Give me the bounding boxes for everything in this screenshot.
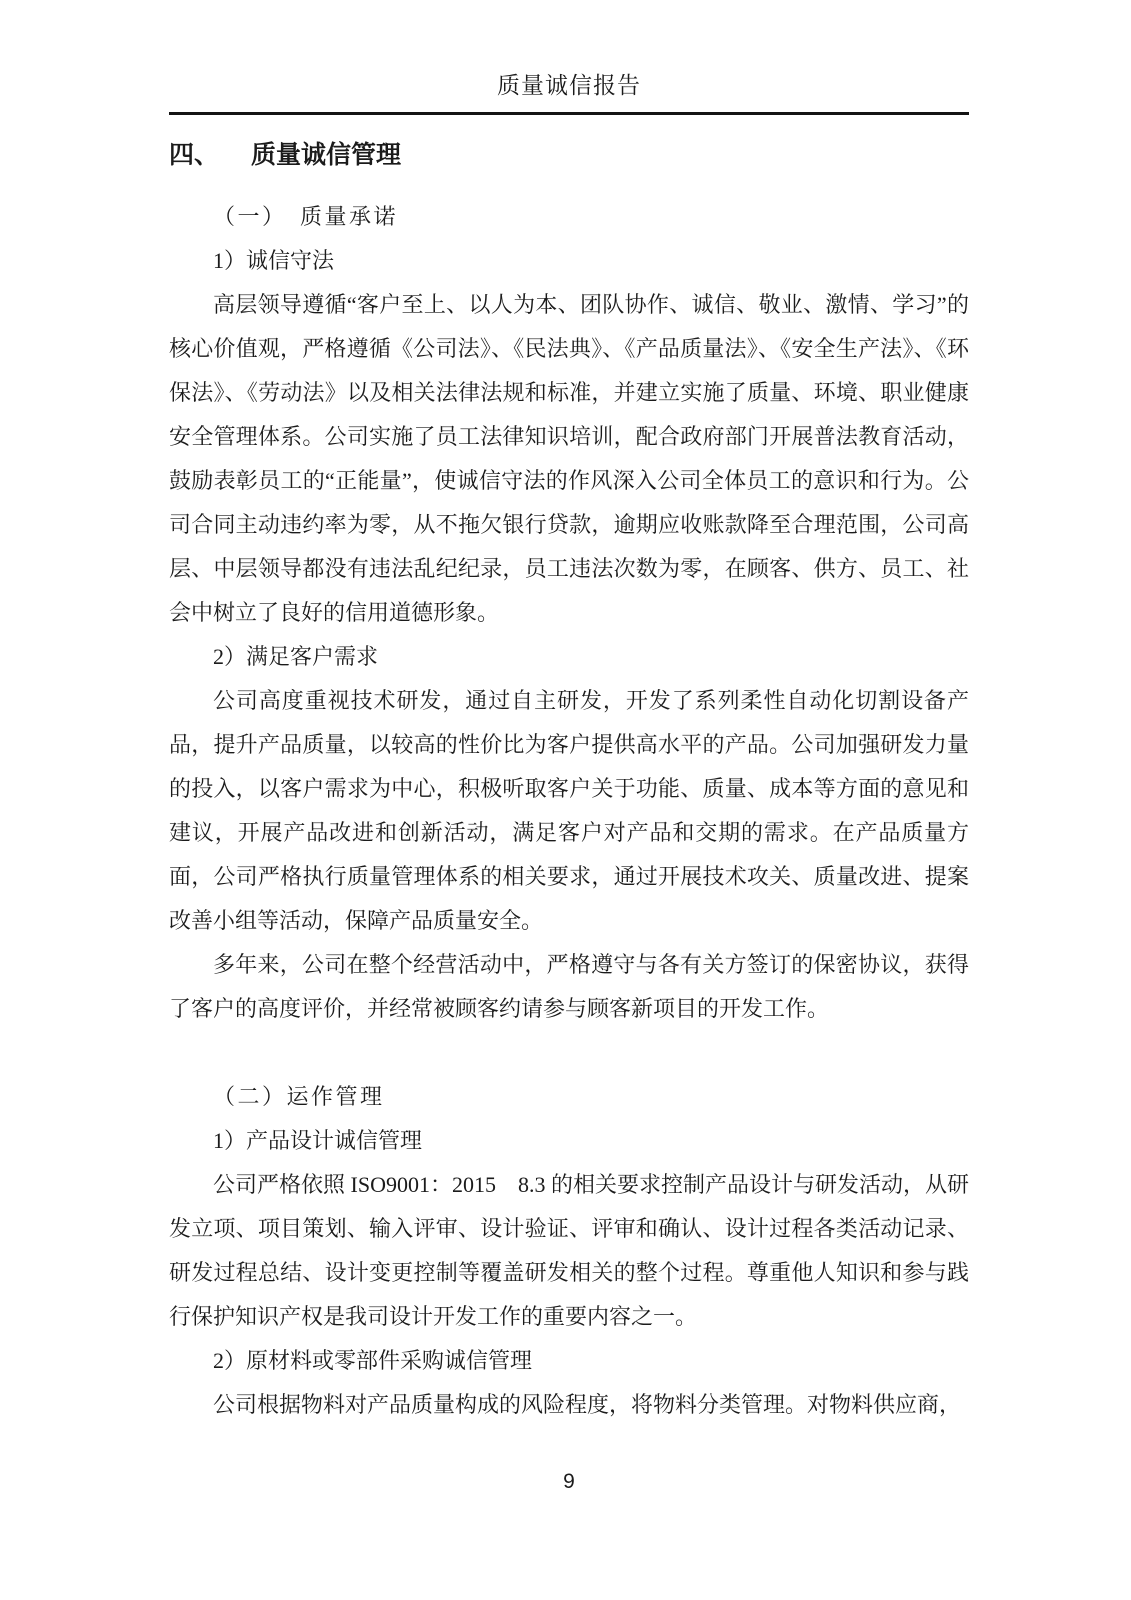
blank-line bbox=[169, 1031, 969, 1075]
section-heading: 四、质量诚信管理 bbox=[169, 132, 969, 178]
item-heading: 1）诚信守法 bbox=[169, 239, 969, 283]
page-footer: 9 bbox=[169, 1460, 969, 1504]
document-body: （一） 质量承诺1）诚信守法高层领导遵循“客户至上、以人为本、团队协作、诚信、敬… bbox=[169, 195, 969, 1427]
item-heading: 2）原材料或零部件采购诚信管理 bbox=[169, 1339, 969, 1383]
section-number: 四、 bbox=[169, 141, 219, 169]
header-title: 质量诚信报告 bbox=[169, 74, 969, 98]
paragraph: 公司严格依照 ISO9001：2015 8.3 的相关要求控制产品设计与研发活动… bbox=[169, 1163, 969, 1339]
paragraph: 多年来，公司在整个经营活动中，严格遵守与各有关方签订的保密协议，获得了客户的高度… bbox=[169, 943, 969, 1031]
content-column: 质量诚信报告 四、质量诚信管理 （一） 质量承诺1）诚信守法高层领导遵循“客户至… bbox=[169, 0, 969, 1504]
document-page: 质量诚信报告 四、质量诚信管理 （一） 质量承诺1）诚信守法高层领导遵循“客户至… bbox=[0, 0, 1131, 1600]
page-number: 9 bbox=[169, 1460, 969, 1504]
paragraph: 公司根据物料对产品质量构成的风险程度，将物料分类管理。对物料供应商， bbox=[169, 1383, 969, 1427]
item-heading: 1）产品设计诚信管理 bbox=[169, 1119, 969, 1163]
subsection-heading: （二）运作管理 bbox=[169, 1075, 969, 1119]
paragraph: 公司高度重视技术研发，通过自主研发，开发了系列柔性自动化切割设备产品，提升产品质… bbox=[169, 679, 969, 943]
item-heading: 2）满足客户需求 bbox=[169, 635, 969, 679]
section-title: 质量诚信管理 bbox=[251, 141, 401, 169]
paragraph: 高层领导遵循“客户至上、以人为本、团队协作、诚信、敬业、激情、学习”的核心价值观… bbox=[169, 283, 969, 635]
subsection-heading: （一） 质量承诺 bbox=[169, 195, 969, 239]
page-header: 质量诚信报告 bbox=[169, 0, 969, 115]
